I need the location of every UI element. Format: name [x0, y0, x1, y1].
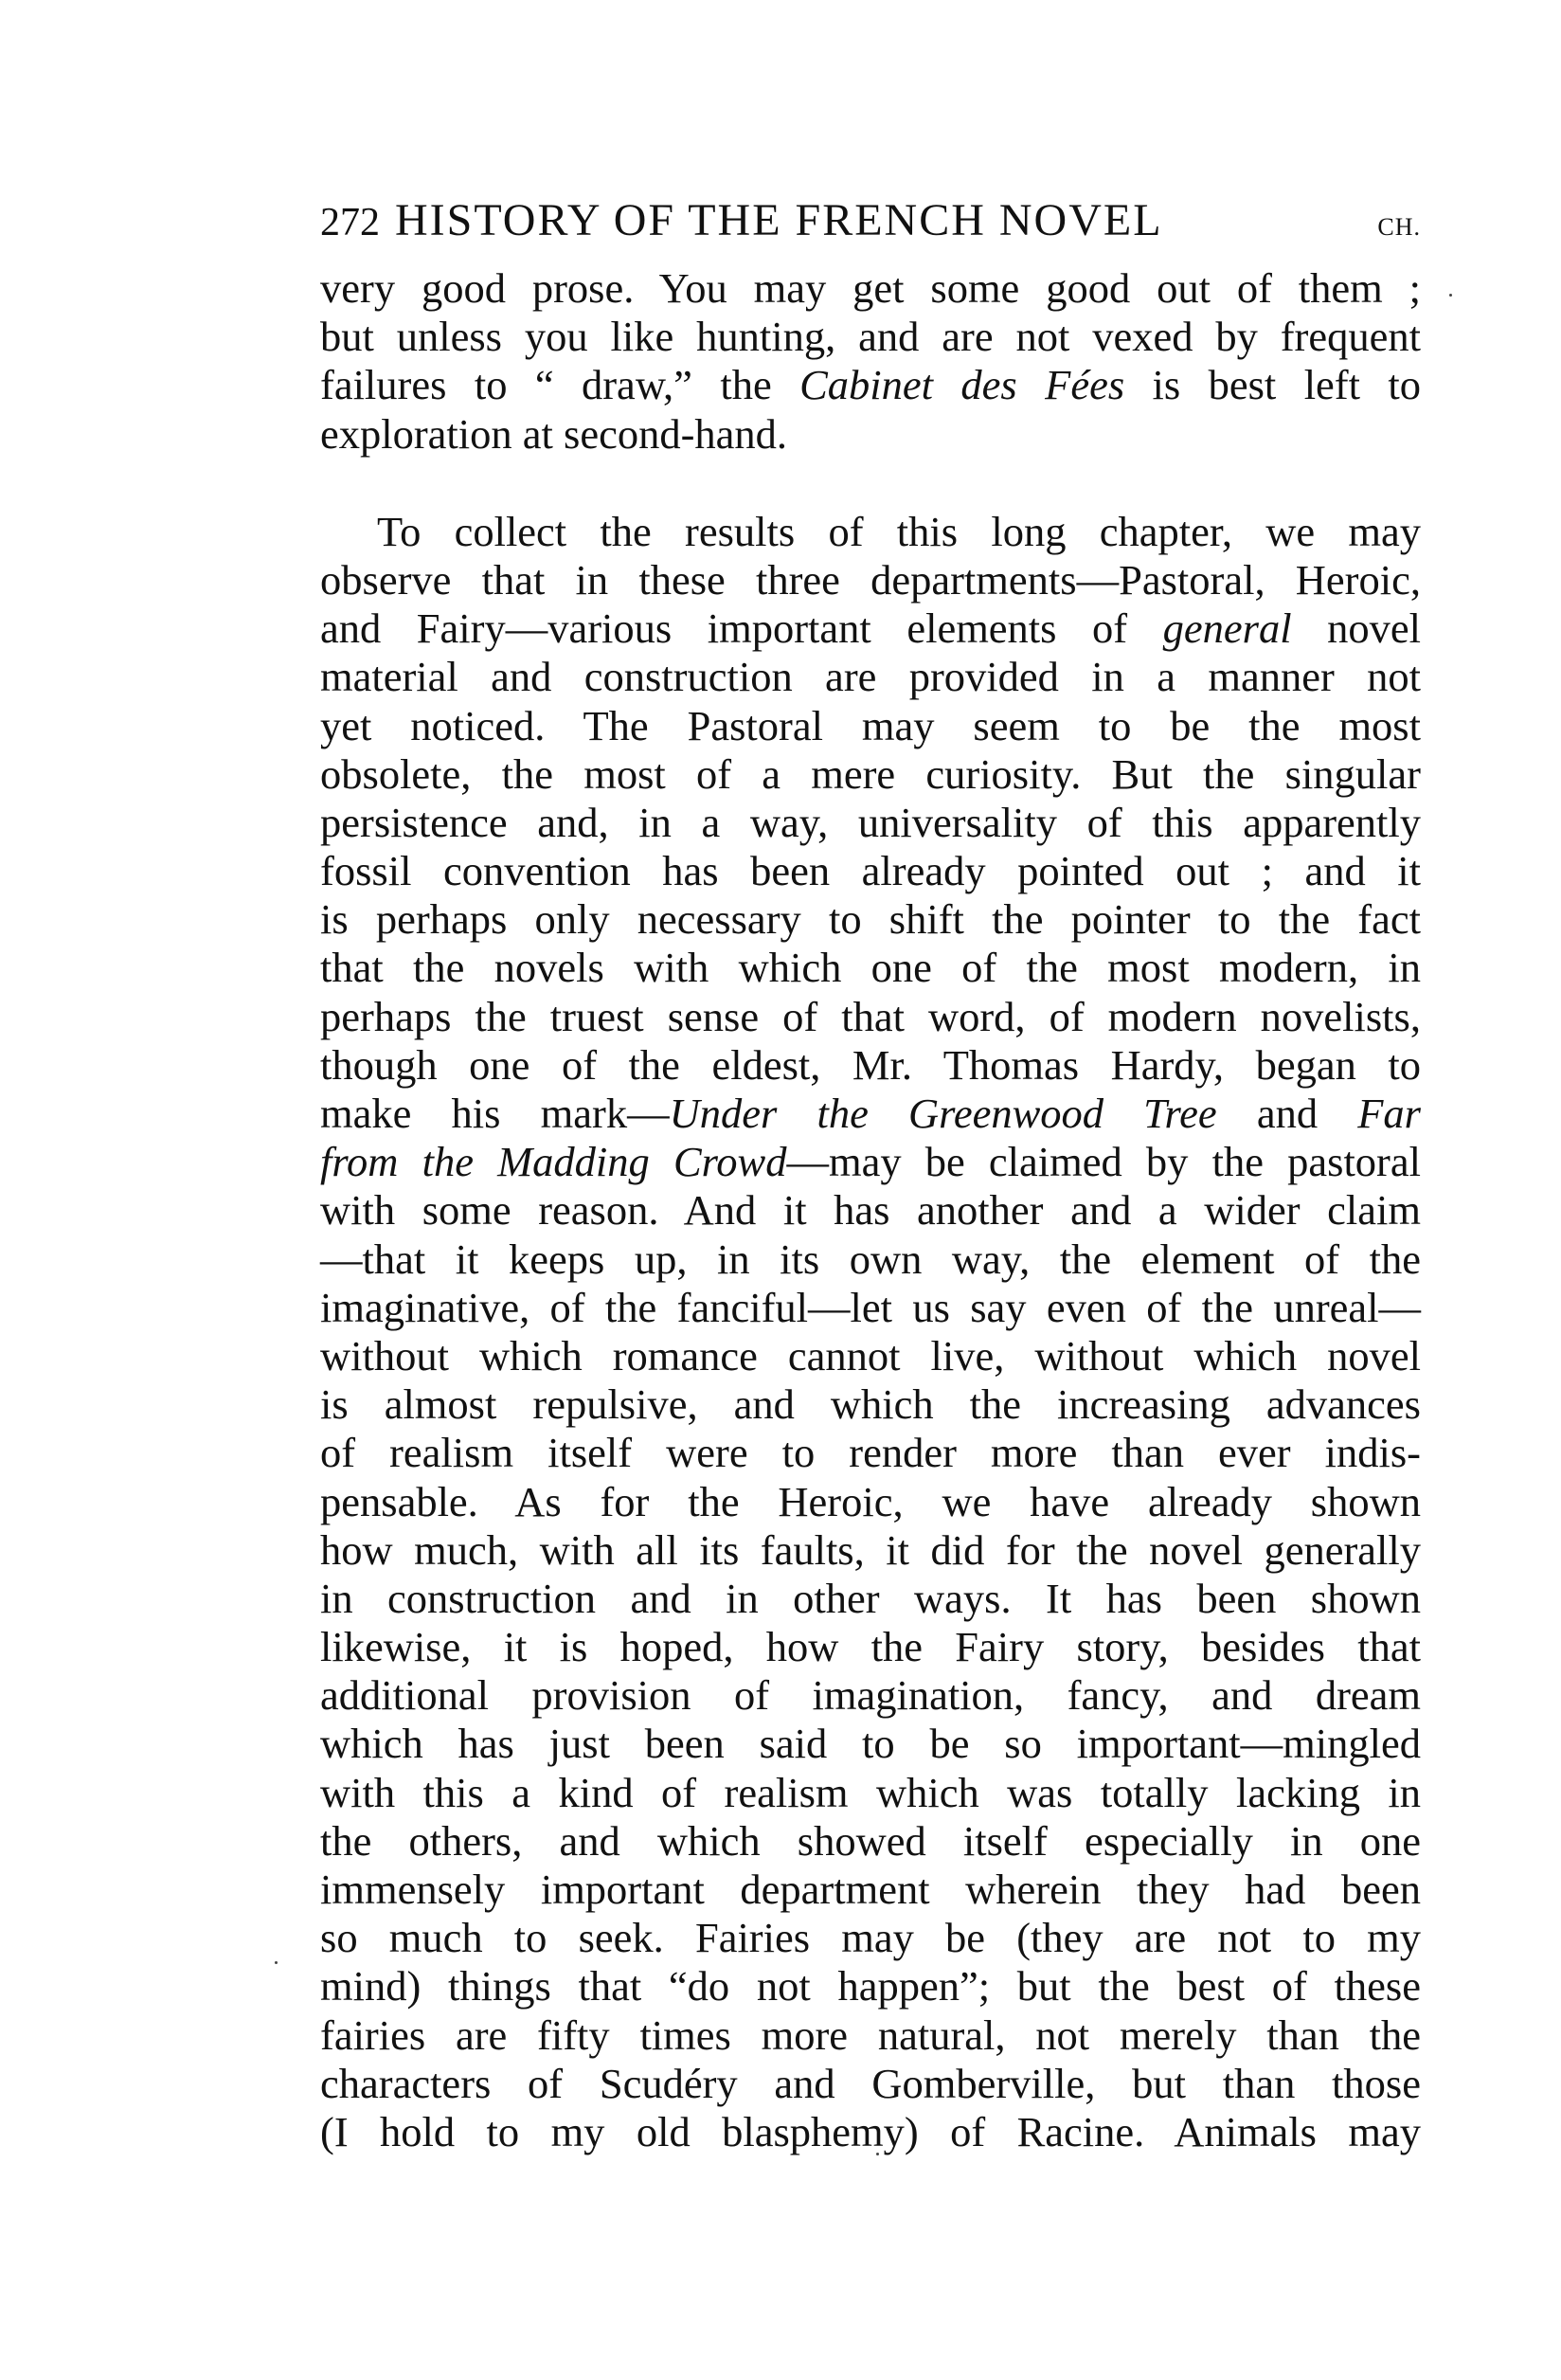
text-line: how much, with all its faults, it did fo… — [320, 1526, 1421, 1575]
paragraph-gap — [320, 459, 1421, 508]
text-line: is almost repulsive, and which the incre… — [320, 1380, 1421, 1429]
text-line: pensable. As for the Heroic, we have alr… — [320, 1478, 1421, 1526]
book-page: 272 HISTORY OF THE FRENCH NOVEL CH. very… — [320, 194, 1421, 2156]
text-line: immensely important department wherein t… — [320, 1866, 1421, 1914]
text-line: make his mark—Under the Greenwood Tree a… — [320, 1090, 1421, 1138]
page-number: 272 — [320, 200, 380, 245]
paragraph: To collect the results of this long chap… — [320, 508, 1421, 2156]
text-line: very good prose. You may get some good o… — [320, 264, 1421, 313]
text-line: and Fairy—various important elements of … — [320, 604, 1421, 653]
text-line: from the Madding Crowd—may be claimed by… — [320, 1138, 1421, 1186]
text-line: imaginative, of the fanciful—let us say … — [320, 1284, 1421, 1332]
running-header: 272 HISTORY OF THE FRENCH NOVEL CH. — [320, 194, 1421, 251]
text-line: observe that in these three departments—… — [320, 556, 1421, 604]
scan-speck — [1449, 294, 1452, 297]
body-text: very good prose. You may get some good o… — [320, 264, 1421, 2156]
text-line: so much to seek. Fairies may be (they ar… — [320, 1914, 1421, 1962]
scan-speck — [876, 2153, 879, 2155]
text-line: yet noticed. The Pastoral may seem to be… — [320, 702, 1421, 750]
text-line: obsolete, the most of a mere curiosity. … — [320, 750, 1421, 799]
text-line: mind) things that “do not happen”; but t… — [320, 1962, 1421, 2010]
text-line: but unless you like hunting, and are not… — [320, 313, 1421, 361]
text-line: in construction and in other ways. It ha… — [320, 1575, 1421, 1623]
text-line: characters of Scudéry and Gomberville, b… — [320, 2060, 1421, 2108]
text-line: exploration at second-hand. — [320, 410, 1421, 459]
text-line: fossil convention has been already point… — [320, 847, 1421, 895]
text-line: fairies are fifty times more natural, no… — [320, 2011, 1421, 2060]
text-line: the others, and which showed itself espe… — [320, 1817, 1421, 1866]
text-line: failures to “ draw,” the Cabinet des Fée… — [320, 361, 1421, 409]
text-line: of realism itself were to render more th… — [320, 1429, 1421, 1477]
paragraph: very good prose. You may get some good o… — [320, 264, 1421, 459]
text-line: (I hold to my old blasphemy) of Racine. … — [320, 2108, 1421, 2156]
text-line: though one of the eldest, Mr. Thomas Har… — [320, 1041, 1421, 1090]
text-line: —that it keeps up, in its own way, the e… — [320, 1235, 1421, 1284]
text-line: To collect the results of this long chap… — [320, 508, 1421, 556]
text-line: likewise, it is hoped, how the Fairy sto… — [320, 1623, 1421, 1671]
text-line: with some reason. And it has another and… — [320, 1186, 1421, 1235]
text-line: additional provision of imagination, fan… — [320, 1671, 1421, 1720]
text-line: which has just been said to be so import… — [320, 1720, 1421, 1768]
text-line: with this a kind of realism which was to… — [320, 1769, 1421, 1817]
text-line: material and construction are provided i… — [320, 653, 1421, 701]
text-line: persistence and, in a way, universality … — [320, 799, 1421, 847]
text-line: that the novels with which one of the mo… — [320, 944, 1421, 992]
running-title: HISTORY OF THE FRENCH NOVEL — [395, 194, 1377, 246]
scan-speck — [275, 1961, 278, 1964]
text-line: perhaps the truest sense of that word, o… — [320, 993, 1421, 1041]
text-line: is perhaps only necessary to shift the p… — [320, 895, 1421, 944]
chapter-mark: CH. — [1377, 213, 1421, 242]
text-line: without which romance cannot live, witho… — [320, 1332, 1421, 1380]
